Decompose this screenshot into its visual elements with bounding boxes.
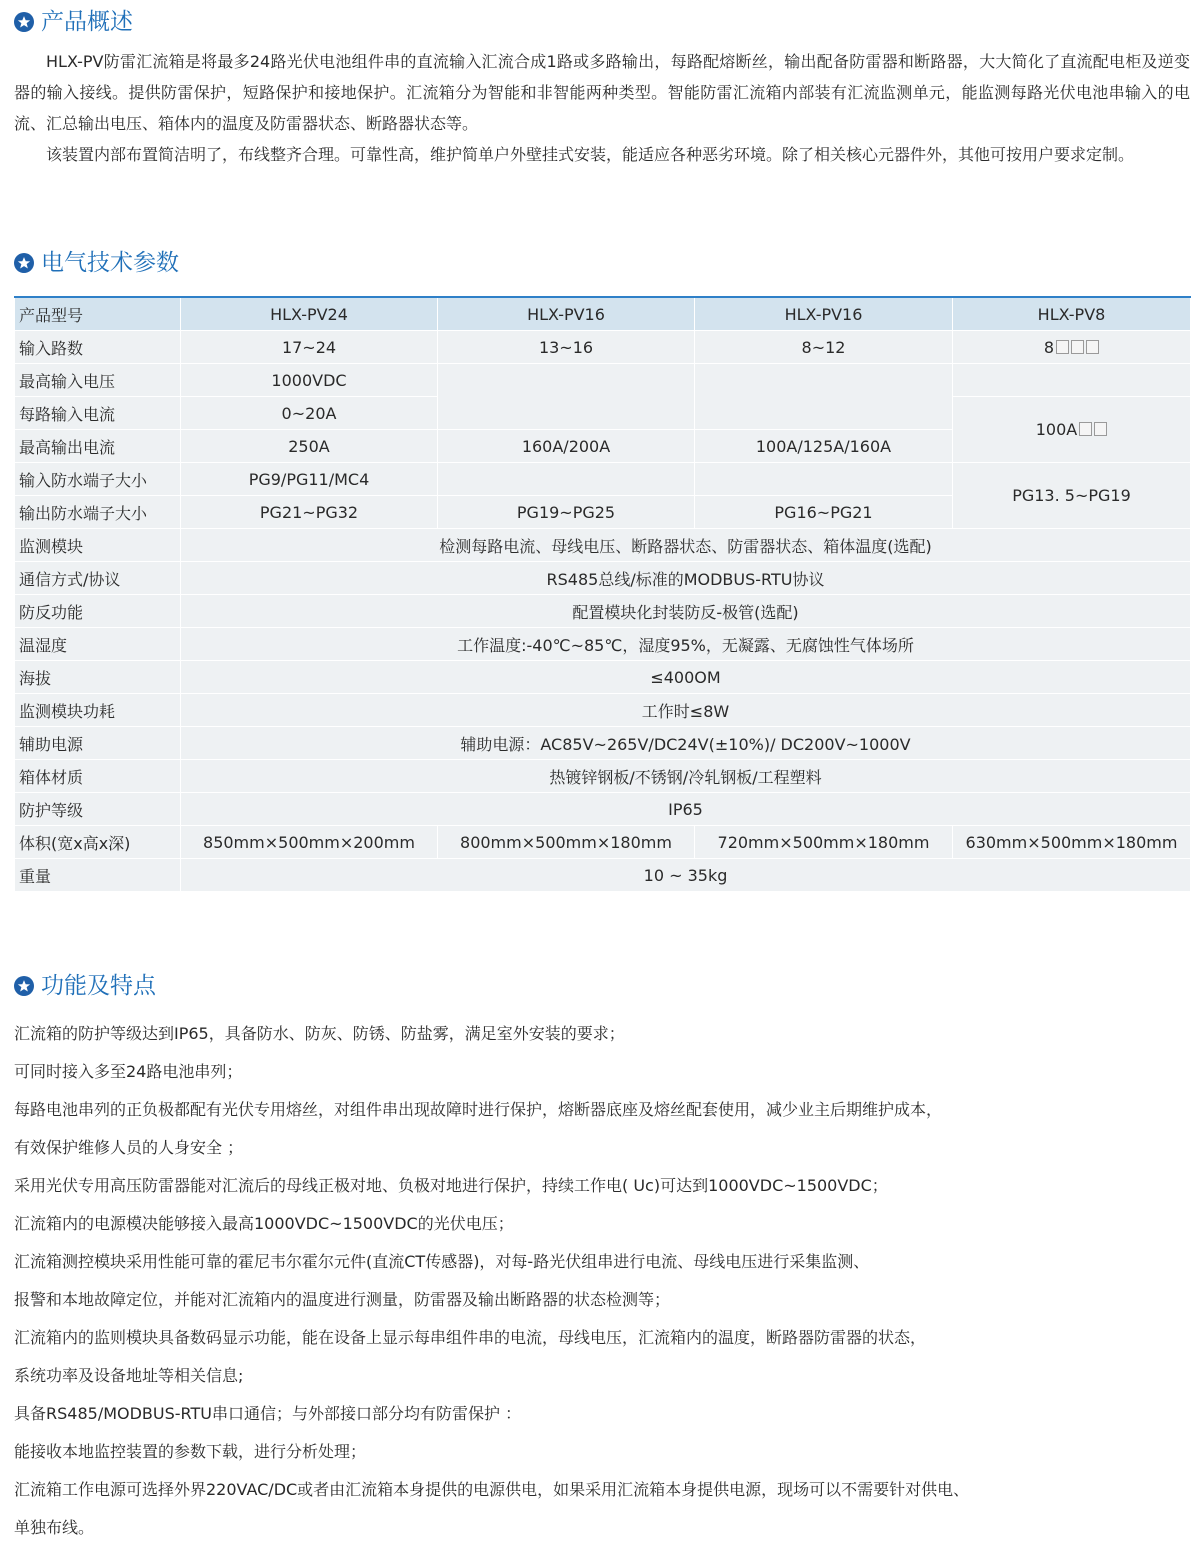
row-label: 辅助电源: [15, 727, 181, 760]
cell: PG19~PG25: [438, 496, 695, 529]
feature-line: 汇流箱的防护等级达到IP65，具备防水、防灰、防锈、防盐雾，满足室外安装的要求；: [14, 1015, 1194, 1053]
table-row: 输入防水端子大小 PG9/PG11/MC4 PG13. 5~PG19: [15, 463, 1191, 496]
table-row: 温湿度 工作温度:-40℃~85℃，湿度95%，无凝露、无腐蚀性气体场所: [15, 628, 1191, 661]
star-bullet-icon: [14, 253, 34, 273]
row-label: 海拔: [15, 661, 181, 694]
row-label: 箱体材质: [15, 760, 181, 793]
missing-glyph-icon: [1056, 340, 1069, 354]
table-row: 箱体材质 热镀锌钢板/不锈钢/冷轧钢板/工程塑料: [15, 760, 1191, 793]
feature-line: 报警和本地故障定位，并能对汇流箱内的温度进行测量，防雷器及输出断路器的状态检测等…: [14, 1281, 1194, 1319]
cell: 100A: [953, 397, 1191, 463]
header-cell: HLX-PV16: [438, 297, 695, 331]
cell: 8~12: [695, 331, 953, 364]
cell: 100A/125A/160A: [695, 430, 953, 463]
row-label: 监测模块: [15, 529, 181, 562]
cell: 720mm×500mm×180mm: [695, 826, 953, 859]
cell: PG13. 5~PG19: [953, 463, 1191, 529]
cell: IP65: [181, 793, 1191, 826]
cell: 800mm×500mm×180mm: [438, 826, 695, 859]
cell: 160A/200A: [438, 430, 695, 463]
row-label: 防反功能: [15, 595, 181, 628]
cell: 850mm×500mm×200mm: [181, 826, 438, 859]
cell: [695, 364, 953, 430]
section-title-features: 功能及特点: [14, 971, 156, 1001]
cell: 热镀锌钢板/不锈钢/冷轧钢板/工程塑料: [181, 760, 1191, 793]
header-cell: HLX-PV24: [181, 297, 438, 331]
row-label: 温湿度: [15, 628, 181, 661]
missing-glyph-icon: [1071, 340, 1084, 354]
cell: 10 ~ 35kg: [181, 859, 1191, 892]
row-label: 输入路数: [15, 331, 181, 364]
table-row: 体积(宽x高x深) 850mm×500mm×200mm 800mm×500mm×…: [15, 826, 1191, 859]
header-cell: 产品型号: [15, 297, 181, 331]
features-list: 汇流箱的防护等级达到IP65，具备防水、防灰、防锈、防盐雾，满足室外安装的要求；…: [14, 1015, 1194, 1544]
table-row: 通信方式/协议 RS485总线/标准的MODBUS-RTU协议: [15, 562, 1191, 595]
cell: [438, 364, 695, 430]
cell: 630mm×500mm×180mm: [953, 826, 1191, 859]
section-title-text: 功能及特点: [41, 971, 156, 1001]
row-label: 监测模块功耗: [15, 694, 181, 727]
table-row: 监测模块 检测每路电流、母线电压、断路器状态、防雷器状态、箱体温度(选配): [15, 529, 1191, 562]
section-title-text: 电气技术参数: [41, 248, 179, 278]
cell: 辅助电源：AC85V~265V/DC24V(±10%)/ DC200V~1000…: [181, 727, 1191, 760]
table-row: 防反功能 配置模块化封装防反-极管(选配): [15, 595, 1191, 628]
row-label: 输入防水端子大小: [15, 463, 181, 496]
cell: 工作温度:-40℃~85℃，湿度95%，无凝露、无腐蚀性气体场所: [181, 628, 1191, 661]
row-label: 防护等级: [15, 793, 181, 826]
feature-line: 汇流箱工作电源可选择外界220VAC/DC或者由汇流箱本身提供的电源供电，如果采…: [14, 1471, 1194, 1509]
missing-glyph-icon: [1079, 422, 1092, 436]
cell: 配置模块化封装防反-极管(选配): [181, 595, 1191, 628]
cell: 250A: [181, 430, 438, 463]
cell: 工作时≤8W: [181, 694, 1191, 727]
feature-line: 采用光伏专用高压防雷器能对汇流后的母线正极对地、负极对地进行保护，持续工作电( …: [14, 1167, 1194, 1205]
cell: RS485总线/标准的MODBUS-RTU协议: [181, 562, 1191, 595]
missing-glyph-icon: [1086, 340, 1099, 354]
row-label: 每路输入电流: [15, 397, 181, 430]
overview-paragraph-1: HLX-PV防雷汇流箱是将最多24路光伏电池组件串的直流输入汇流合成1路或多路输…: [14, 46, 1190, 139]
feature-line: 具备RS485/MODBUS-RTU串口通信；与外部接口部分均有防雷保护 ：: [14, 1395, 1194, 1433]
star-bullet-icon: [14, 12, 34, 32]
row-label: 输出防水端子大小: [15, 496, 181, 529]
cell: PG21~PG32: [181, 496, 438, 529]
cell: [953, 364, 1191, 397]
row-label: 体积(宽x高x深): [15, 826, 181, 859]
cell: 8: [953, 331, 1191, 364]
feature-line: 能接收本地监控装置的参数下载，进行分析处理；: [14, 1433, 1194, 1471]
missing-glyph-icon: [1094, 422, 1107, 436]
feature-line: 可同时接入多至24路电池串列；: [14, 1053, 1194, 1091]
row-label: 最高输入电压: [15, 364, 181, 397]
cell: 检测每路电流、母线电压、断路器状态、防雷器状态、箱体温度(选配): [181, 529, 1191, 562]
feature-line: 单独布线。: [14, 1509, 1194, 1544]
feature-line: 有效保护维修人员的人身安全 ；: [14, 1129, 1194, 1167]
feature-line: 汇流箱内的电源模决能够接入最高1000VDC~1500VDC的光伏电压；: [14, 1205, 1194, 1243]
table-row: 监测模块功耗 工作时≤8W: [15, 694, 1191, 727]
cell: [438, 463, 695, 496]
row-label: 通信方式/协议: [15, 562, 181, 595]
table-row: 输入路数 17~24 13~16 8~12 8: [15, 331, 1191, 364]
table-row: 防护等级 IP65: [15, 793, 1191, 826]
row-label: 最高输出电流: [15, 430, 181, 463]
row-label: 重量: [15, 859, 181, 892]
table-row: 最高输入电压 1000VDC: [15, 364, 1191, 397]
star-bullet-icon: [14, 976, 34, 996]
cell: ≤400OM: [181, 661, 1191, 694]
section-title-specs: 电气技术参数: [14, 248, 179, 278]
cell: PG16~PG21: [695, 496, 953, 529]
overview-paragraph-2: 该装置内部布置简洁明了，布线整齐合理。可靠性高，维护简单户外壁挂式安装，能适应各…: [14, 139, 1190, 170]
section-title-overview: 产品概述: [14, 7, 133, 37]
section-title-text: 产品概述: [41, 7, 133, 37]
cell: 13~16: [438, 331, 695, 364]
header-cell: HLX-PV16: [695, 297, 953, 331]
table-row: 辅助电源 辅助电源：AC85V~265V/DC24V(±10%)/ DC200V…: [15, 727, 1191, 760]
feature-line: 汇流箱内的监则模块具备数码显示功能，能在设备上显示每串组件串的电流，母线电压，汇…: [14, 1319, 1194, 1357]
cell: 0~20A: [181, 397, 438, 430]
cell: [695, 463, 953, 496]
table-header-row: 产品型号 HLX-PV24 HLX-PV16 HLX-PV16 HLX-PV8: [15, 297, 1191, 331]
table-row: 海拔 ≤400OM: [15, 661, 1191, 694]
cell-text: 100A: [1036, 420, 1077, 439]
cell: PG9/PG11/MC4: [181, 463, 438, 496]
cell: 1000VDC: [181, 364, 438, 397]
spec-table: 产品型号 HLX-PV24 HLX-PV16 HLX-PV16 HLX-PV8 …: [14, 296, 1191, 892]
feature-line: 汇流箱测控模块采用性能可靠的霍尼韦尔霍尔元件(直流CT传感器)，对每-路光伏组串…: [14, 1243, 1194, 1281]
feature-line: 系统功率及设备地址等相关信息;: [14, 1357, 1194, 1395]
table-row: 重量 10 ~ 35kg: [15, 859, 1191, 892]
feature-line: 每路电池串列的正负极都配有光伏专用熔丝，对组件串出现故障时进行保护，熔断器底座及…: [14, 1091, 1194, 1129]
cell-text: 8: [1044, 338, 1054, 357]
cell: 17~24: [181, 331, 438, 364]
header-cell: HLX-PV8: [953, 297, 1191, 331]
